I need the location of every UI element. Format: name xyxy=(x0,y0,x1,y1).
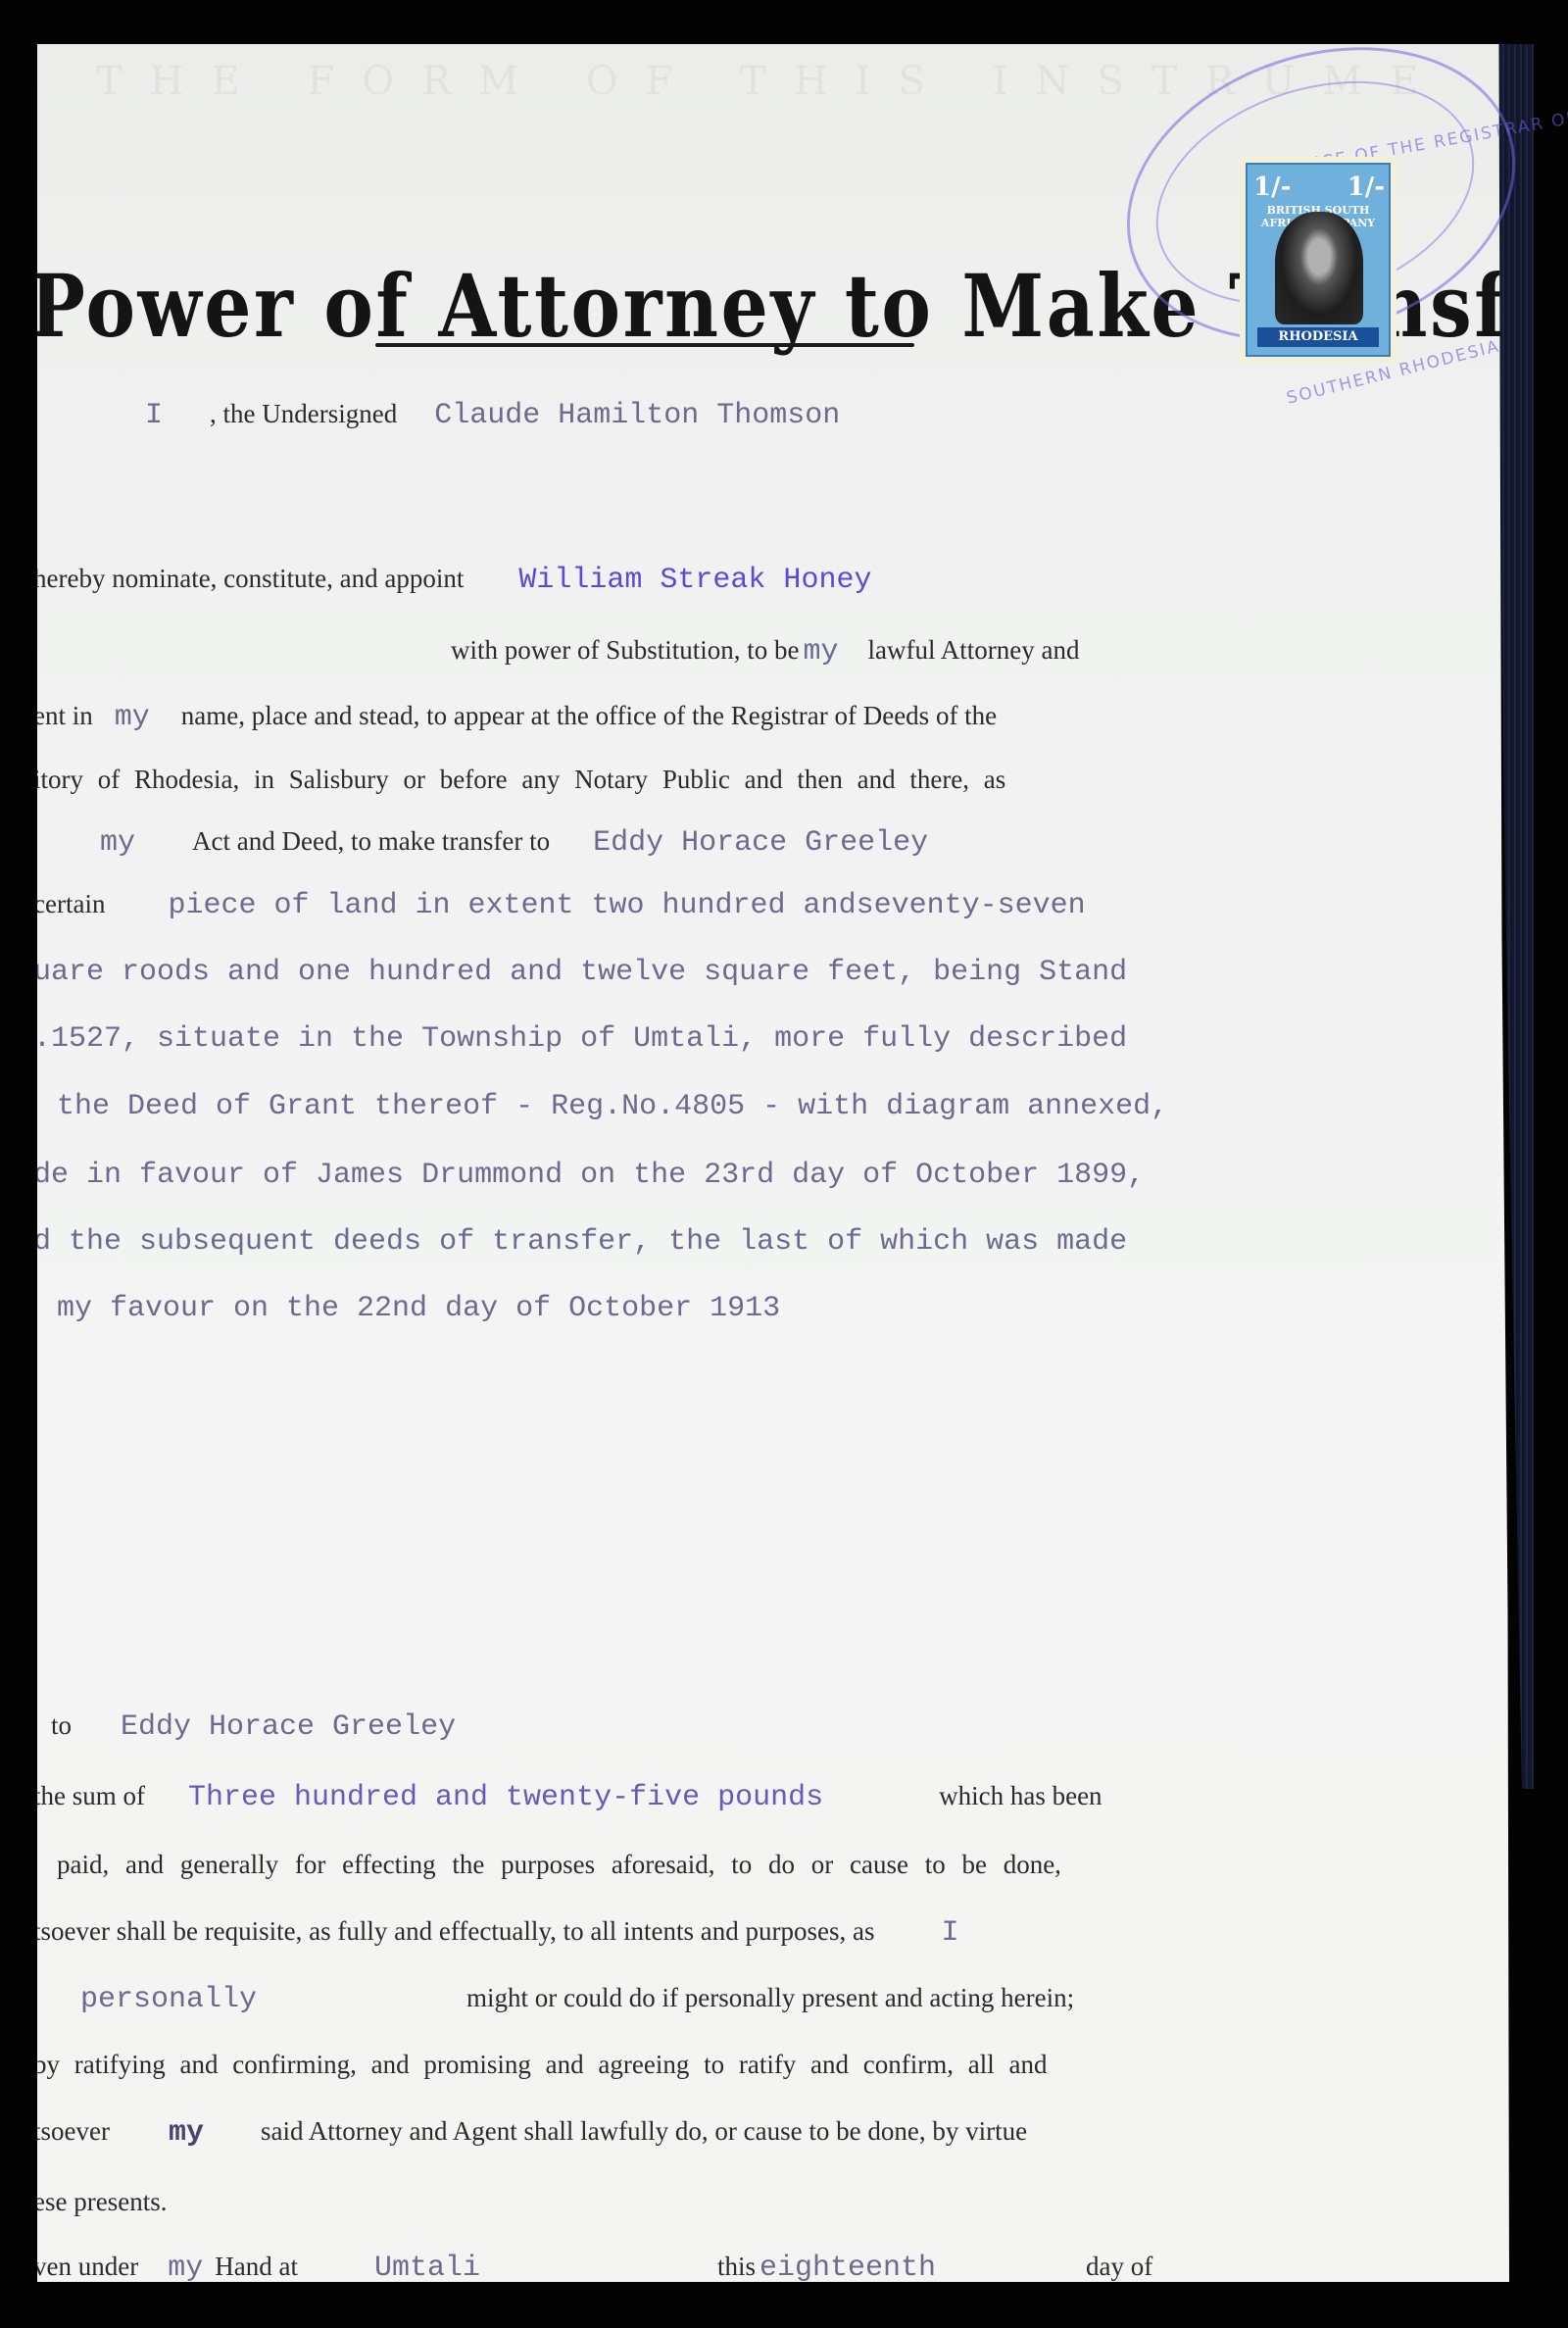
print-text: certain xyxy=(37,889,105,918)
day-typed: eighteenth xyxy=(759,2252,936,2282)
stamp-value-left: 1/- xyxy=(1253,173,1291,202)
grantor-name: Claude Hamilton Thomson xyxy=(434,399,840,432)
pronoun-typed: I xyxy=(942,1916,959,1950)
document-page: THE FORM OF THIS INSTRUMENT IS PRESCRIBE… xyxy=(37,44,1509,2282)
portrait-icon xyxy=(1275,212,1363,324)
stamp-country: RHODESIA xyxy=(1257,327,1379,347)
line-undersigned: I , the Undersigned Claude Hamilton Thom… xyxy=(145,399,840,432)
property-description: the Deed of Grant thereof - Reg.No.4805 … xyxy=(57,1090,1168,1123)
line-to-transferee: to Eddy Horace Greeley xyxy=(51,1710,456,1744)
place-typed: Umtali xyxy=(374,2252,480,2282)
stamp-design: 1/- 1/- BRITISH SOUTH AFRICA COMPANY RHO… xyxy=(1246,163,1391,357)
attorney-name: William Streak Honey xyxy=(518,564,871,597)
print-text: Hand at xyxy=(215,2252,298,2281)
line-act-deed: my Act and Deed, to make transfer to Edd… xyxy=(100,826,928,860)
property-description: .1527, situate in the Township of Umtali… xyxy=(37,1022,1127,1056)
line-substitution: with power of Substitution, to be my law… xyxy=(451,635,1079,669)
print-text: tsoever xyxy=(37,2116,110,2146)
print-text: said Attorney and Agent shall lawfully d… xyxy=(261,2116,1027,2146)
property-description: d the subsequent deeds of transfer, the … xyxy=(37,1225,1127,1259)
property-description: my favour on the 22nd day of October 191… xyxy=(57,1292,780,1325)
line-territory: itory of Rhodesia, in Salisbury or befor… xyxy=(37,765,1005,795)
print-text: this xyxy=(717,2252,756,2281)
line-name-place: ent in my name, place and stead, to appe… xyxy=(37,701,997,734)
print-text: , the Undersigned xyxy=(210,399,397,428)
typed-my: my xyxy=(169,2116,204,2150)
print-text: which has been xyxy=(939,1781,1102,1810)
print-text: name, place and stead, to appear at the … xyxy=(181,701,997,730)
property-description: uare roods and one hundred and twelve sq… xyxy=(37,956,1127,989)
typed-my: my xyxy=(168,2252,203,2282)
print-text: lawful Attorney and xyxy=(868,635,1080,665)
pronoun-typed: I xyxy=(145,399,163,432)
line-requisite: tsoever shall be requisite, as fully and… xyxy=(37,1916,959,1950)
transferee-name: Eddy Horace Greeley xyxy=(593,826,928,860)
print-text: day of xyxy=(1086,2252,1152,2281)
line-personally: personally might or could do if personal… xyxy=(80,1983,1074,2016)
transferee-name: Eddy Horace Greeley xyxy=(121,1710,456,1744)
line-said-attorney: tsoever my said Attorney and Agent shall… xyxy=(37,2116,1027,2150)
capacity-typed: personally xyxy=(80,1983,257,2016)
line-sum: the sum of Three hundred and twenty-five… xyxy=(37,1781,1102,1814)
print-text: ven under xyxy=(37,2252,138,2281)
print-text: itory of Rhodesia, in Salisbury or befor… xyxy=(37,765,1005,794)
print-text: tsoever shall be requisite, as fully and… xyxy=(37,1916,875,1946)
print-text: ent in xyxy=(37,701,93,730)
print-text: might or could do if personally present … xyxy=(466,1983,1074,2012)
line-ratifying: by ratifying and confirming, and promisi… xyxy=(37,2050,1048,2080)
line-certain: certain piece of land in extent two hund… xyxy=(37,889,1086,922)
typed-my: my xyxy=(803,635,838,669)
typed-my: my xyxy=(100,826,135,860)
print-text: with power of Substitution, to be xyxy=(451,635,799,665)
print-text: to xyxy=(51,1710,72,1740)
line-presents: ese presents. xyxy=(37,2187,167,2217)
property-description: piece of land in extent two hundred ands… xyxy=(168,889,1085,922)
property-description: de in favour of James Drummond on the 23… xyxy=(37,1159,1145,1192)
typed-my: my xyxy=(115,701,150,734)
stamp-value-right: 1/- xyxy=(1347,173,1385,202)
print-text: hereby nominate, constitute, and appoint xyxy=(37,564,464,593)
revenue-stamp: 1/- 1/- BRITISH SOUTH AFRICA COMPANY RHO… xyxy=(1240,157,1396,363)
line-given-under: ven under my Hand at Umtali this eightee… xyxy=(37,2252,1152,2282)
title-underline xyxy=(375,343,914,347)
print-text: the sum of xyxy=(37,1781,145,1810)
line-appoint: hereby nominate, constitute, and appoint… xyxy=(37,564,871,597)
line-paid: paid, and generally for effecting the pu… xyxy=(57,1850,1061,1880)
print-text: Act and Deed, to make transfer to xyxy=(192,826,550,856)
consideration-amount: Three hundred and twenty-five pounds xyxy=(188,1781,823,1814)
